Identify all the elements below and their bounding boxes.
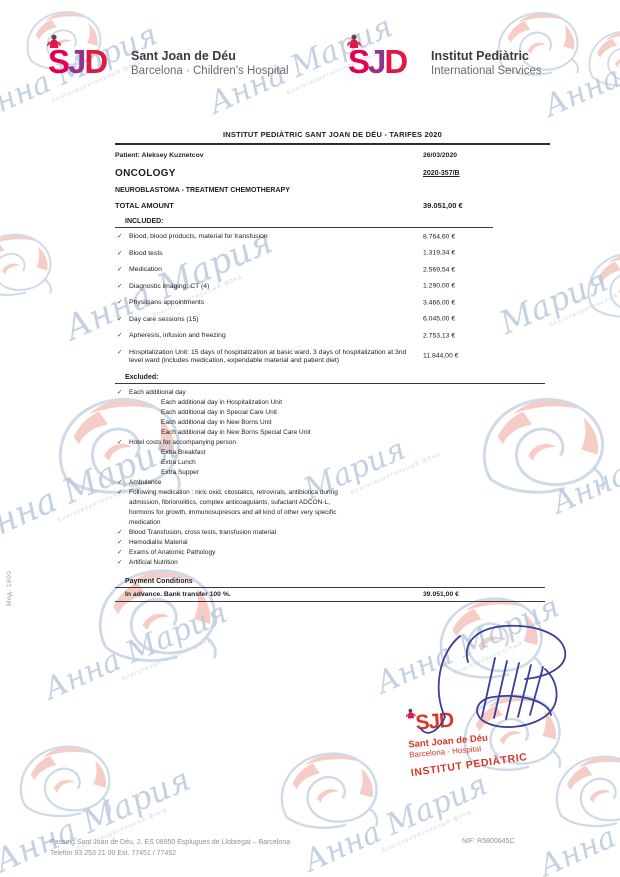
check-icon: ✓ xyxy=(117,283,122,291)
total-amount-row: TOTAL AMOUNT 39.051,00 € xyxy=(115,201,550,210)
department-title: ONCOLOGY xyxy=(115,168,176,179)
check-icon: ✓ xyxy=(117,299,122,307)
sjd-logo-mark: SJD xyxy=(348,44,422,84)
included-section-header: INCLUDED: xyxy=(115,218,493,228)
payment-header-label: Payment Conditions xyxy=(125,578,193,585)
sjd-logo-mark: SJD xyxy=(48,44,122,84)
excluded-item-row: Extra Lunch xyxy=(115,458,550,468)
tariff-document: INSTITUT PEDIÀTRIC SANT JOAN DE DÉU - TA… xyxy=(115,130,550,602)
hospital-logo-title: Sant Joan de Déu xyxy=(131,49,289,64)
excluded-item-row: Each additional day in New Borns Special… xyxy=(115,428,550,438)
excluded-item-row: Each additional day in New Borns Unit xyxy=(115,418,550,428)
excluded-item-row: Each additional day in Hospitalization U… xyxy=(115,398,550,408)
check-icon: ✓ xyxy=(117,538,122,548)
included-item-amount: 1.290,00 € xyxy=(423,283,455,292)
excluded-item-row: ✓Blood Transfusion, cross tests, transfu… xyxy=(115,528,550,538)
excluded-item-row: ✓Each additional day xyxy=(115,388,550,398)
institute-logo-title: Institut Pediàtric xyxy=(431,49,542,64)
included-item-amount: 2.569,54 € xyxy=(423,266,455,275)
treatment-title: NEUROBLASTOMA - TREATMENT CHEMOTHERAPY xyxy=(115,187,550,194)
excluded-item-row: ✓Hemodialisi Material xyxy=(115,538,550,548)
excluded-header-label: Excluded: xyxy=(125,374,158,381)
excluded-item-row: ✓Ambulance xyxy=(115,478,550,488)
included-header-label: INCLUDED: xyxy=(125,218,164,225)
included-item-label: Medication xyxy=(129,266,162,275)
excluded-item-row: Extra Supper xyxy=(115,468,550,478)
sjd-figure-icon xyxy=(347,34,361,49)
charity-snail-watermark-icon xyxy=(0,222,57,300)
excluded-item-label: Exams of Anatomic Pathology xyxy=(129,548,215,558)
included-item-label: Apheresis, infusion and freezing xyxy=(129,332,226,341)
included-item-row: ✓Hospitalization Unit: 15 days of hospit… xyxy=(115,349,550,367)
excluded-item-label: Ambulance xyxy=(129,478,162,488)
scanned-document-page: Анна Марияблаготворительный фонд Анна Ма… xyxy=(0,0,620,877)
included-item-label: Day care sessions (15) xyxy=(129,316,199,325)
form-model-side-label: Мод. 1800 xyxy=(6,571,13,606)
patient-row: Patient: Aleksey Kuznetcov 26/03/2020 xyxy=(115,152,550,159)
payment-terms: In advance. Bank transfer 100 %. xyxy=(125,591,231,598)
included-item-amount: 6.045,00 € xyxy=(423,316,455,325)
excluded-section-header: Excluded: xyxy=(115,374,545,384)
check-icon: ✓ xyxy=(117,349,122,357)
hospital-logo-subtitle: Barcelona · Children's Hospital xyxy=(131,64,289,78)
check-icon: ✓ xyxy=(117,558,122,568)
included-item-label: Blood, blood products, material for tran… xyxy=(129,233,268,242)
sjd-letter-j: J xyxy=(368,43,384,80)
check-icon: ✓ xyxy=(117,266,122,274)
check-icon: ✓ xyxy=(117,233,122,241)
check-icon: ✓ xyxy=(117,438,122,448)
excluded-item-label: Each additional day in New Borns Special… xyxy=(161,428,311,438)
included-item-row: ✓Apheresis, infusion and freezing2.753,1… xyxy=(115,332,550,341)
included-item-label: Physicians appointments xyxy=(129,299,204,308)
included-item-row: ✓Blood tests1.319,34 € xyxy=(115,250,550,259)
footer-nif: NIF: R5800645C xyxy=(462,838,515,845)
sjd-letters: SJD xyxy=(348,44,422,80)
included-item-amount: 2.753,13 € xyxy=(423,332,455,341)
sjd-letter-j: J xyxy=(68,43,84,80)
included-item-amount: 11.844,00 € xyxy=(423,353,458,362)
included-item-row: ✓Blood, blood products, material for tra… xyxy=(115,233,550,242)
excluded-item-label: Each additional day in New Borns Unit xyxy=(161,418,272,428)
sjd-letters: SJD xyxy=(48,44,122,80)
payment-amount: 39.051,00 € xyxy=(423,591,459,598)
sjd-letter-d: D xyxy=(384,43,406,80)
included-item-row: ✓Day care sessions (15)6.045,00 € xyxy=(115,316,550,325)
check-icon: ✓ xyxy=(117,332,122,340)
check-icon: ✓ xyxy=(117,316,122,324)
excluded-item-row: ✓Exams of Anatomic Pathology xyxy=(115,548,550,558)
included-item-row: ✓Diagnostic imaging: CT (4)1.290,00 € xyxy=(115,283,550,292)
check-icon: ✓ xyxy=(117,250,122,258)
excluded-item-label: Artificial Nutrition xyxy=(129,558,178,568)
excluded-item-row: ✓Artificial Nutrition xyxy=(115,558,550,568)
included-item-label: Blood tests xyxy=(129,250,163,259)
sjd-figure-icon xyxy=(47,34,61,49)
patient-name: Patient: Aleksey Kuznetcov xyxy=(115,152,204,159)
excluded-list: ✓Each additional dayEach additional day … xyxy=(115,388,550,568)
included-item-row: ✓Physicians appointments3.466,00 € xyxy=(115,299,550,308)
check-icon: ✓ xyxy=(117,528,122,538)
footer-phone: Telefon 93 253 21 00 Ext. 77451 / 77452 xyxy=(50,849,290,860)
reference-number: 2020-357/B xyxy=(423,170,460,177)
excluded-item-label: Hemodialisi Material xyxy=(129,538,188,548)
included-item-amount: 1.319,34 € xyxy=(423,250,455,259)
document-title: INSTITUT PEDIÀTRIC SANT JOAN DE DÉU - TA… xyxy=(115,130,550,145)
excluded-item-label: Extra Lunch xyxy=(161,458,196,468)
check-icon: ✓ xyxy=(117,478,122,488)
excluded-item-row: ✓Hotel costs for accompanying person xyxy=(115,438,550,448)
included-item-label: Hospitalization Unit: 15 days of hospita… xyxy=(129,349,411,367)
total-amount-value: 39.051,00 € xyxy=(423,201,463,210)
excluded-item-row: Each additional day in Special Care Unit xyxy=(115,408,550,418)
excluded-item-label: Each additional day xyxy=(129,388,186,398)
excluded-item-row: Extra Breakfast xyxy=(115,448,550,458)
excluded-item-label: Extra Breakfast xyxy=(161,448,205,458)
included-item-row: ✓Medication2.569,54 € xyxy=(115,266,550,275)
total-amount-label: TOTAL AMOUNT xyxy=(115,201,174,210)
sjd-letter-d: D xyxy=(84,43,106,80)
check-icon: ✓ xyxy=(117,548,122,558)
excluded-item-label: Extra Supper xyxy=(161,468,199,478)
included-item-amount: 8.764,60 € xyxy=(423,233,455,242)
included-list: ✓Blood, blood products, material for tra… xyxy=(115,233,550,366)
excluded-item-label: Blood Transfusion, cross tests, transfus… xyxy=(129,528,276,538)
handwritten-signature xyxy=(398,620,588,752)
check-icon: ✓ xyxy=(117,388,122,398)
excluded-item-label: Each additional day in Special Care Unit xyxy=(161,408,277,418)
included-item-label: Diagnostic imaging: CT (4) xyxy=(129,283,209,292)
payment-terms-row: In advance. Bank transfer 100 %. 39.051,… xyxy=(115,588,545,602)
excluded-item-label: Hotel costs for accompanying person xyxy=(129,438,236,448)
footer-address: Passeig Sant Joan de Déu, 2. ES 08950 Es… xyxy=(50,838,290,849)
payment-section-header: Payment Conditions xyxy=(115,578,545,588)
excluded-item-label: Each additional day in Hospitalization U… xyxy=(161,398,282,408)
check-icon: ✓ xyxy=(117,488,122,498)
included-item-amount: 3.466,00 € xyxy=(423,299,455,308)
institute-logo: SJD Institut Pediàtric International Ser… xyxy=(348,44,542,84)
footer-address-block: Passeig Sant Joan de Déu, 2. ES 08950 Es… xyxy=(50,838,290,859)
excluded-item-label: Following medication : niric oxid, citos… xyxy=(129,488,347,528)
excluded-item-row: ✓Following medication : niric oxid, cito… xyxy=(115,488,550,528)
hospital-logo: SJD Sant Joan de Déu Barcelona · Childre… xyxy=(48,44,289,84)
institute-logo-subtitle: International Services xyxy=(431,64,542,78)
document-date: 26/03/2020 xyxy=(423,152,457,159)
department-row: ONCOLOGY 2020-357/B xyxy=(115,168,550,179)
